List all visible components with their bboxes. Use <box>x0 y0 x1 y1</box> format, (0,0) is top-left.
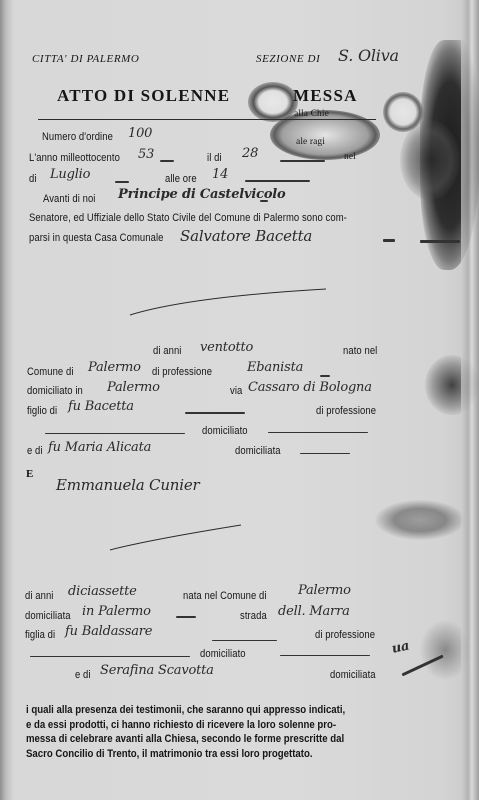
groom-comune-label: Comune di <box>27 366 74 378</box>
damage-right-hole <box>383 92 423 132</box>
document-page: CITTA' DI PALERMO SEZIONE DI S. Oliva AT… <box>0 0 479 800</box>
fill-dash <box>212 640 277 641</box>
bride-madre-value: Serafina Scavotta <box>100 663 214 678</box>
fill-dash <box>280 655 370 656</box>
bride-eta-value: diciassette <box>68 584 137 599</box>
groom-via-value: Cassaro di Bologna <box>248 380 372 395</box>
bride-madre-label: e di <box>75 669 91 681</box>
groom-padre-value: fu Bacetta <box>68 399 134 414</box>
giorno-label: il di <box>207 152 222 164</box>
bride-padre-professione-label: di professione <box>315 629 375 641</box>
bride-strada-label: strada <box>240 610 267 622</box>
fill-dash <box>280 160 325 162</box>
comparsi-label: parsi in questa Casa Comunale <box>29 232 163 244</box>
groom-madre-label: e di <box>27 445 43 457</box>
anno-label: L'anno milleottocento <box>29 152 120 164</box>
bride-and-label: E <box>26 468 33 480</box>
bride-domicilio-value: in Palermo <box>82 604 151 619</box>
bride-domicilio-label: domiciliata <box>25 610 71 622</box>
closing-paragraph: i quali alla presenza dei testimonii, ch… <box>26 703 386 761</box>
fill-dash <box>185 412 245 414</box>
fill-dash <box>420 240 460 243</box>
groom-comune-value: Palermo <box>88 360 141 375</box>
bride-padre-label: figlia di <box>25 629 55 641</box>
groom-professione-label: di professione <box>152 366 212 378</box>
bride-nata-value: Palermo <box>298 583 351 598</box>
groom-padre-label: figlio di <box>27 405 57 417</box>
fill-dash <box>300 453 350 454</box>
fill-dash <box>260 200 268 202</box>
ink-stain-top-right-2 <box>400 120 460 200</box>
bride-padre-value: fu Baldassare <box>65 624 152 639</box>
document-title-left: ATTO DI SOLENNE <box>57 86 230 106</box>
section-value: S. Oliva <box>338 46 399 65</box>
bride-padre-domicilio-label: domiciliato <box>200 648 246 660</box>
groom-padre-professione-label: di professione <box>316 405 376 417</box>
bride-name: Emmanuela Cunier <box>56 476 200 494</box>
bride-madre-domicilio-label: domiciliata <box>330 669 376 681</box>
damage-right-lower <box>375 500 465 540</box>
numero-value: 100 <box>128 126 152 141</box>
groom-madre-value: fu Maria Alicata <box>48 440 151 455</box>
blank-flourish-line <box>108 522 243 552</box>
fill-dash <box>268 432 368 433</box>
groom-madre-domicilio-label: domiciliata <box>235 445 281 457</box>
fill-dash <box>383 239 395 242</box>
anno-value: 53 <box>138 147 154 162</box>
numero-label: Numero d'ordine <box>42 131 113 143</box>
bride-eta-label: di anni <box>25 590 53 602</box>
fill-dash <box>30 656 190 657</box>
ore-value: 14 <box>212 167 228 182</box>
groom-domicilio-label: domiciliato in <box>27 385 83 397</box>
bride-nata-label: nata nel Comune di <box>183 590 267 602</box>
groom-padre-domicilio-label: domiciliato <box>202 425 248 437</box>
paragraph-line: Sacro Concilio di Trento, il matrimonio … <box>26 747 336 762</box>
mese-label: di <box>29 173 37 185</box>
title-underline <box>38 119 376 120</box>
fill-dash <box>245 180 310 182</box>
fill-dash <box>320 375 330 377</box>
paragraph-line: e da essi prodotti, ci hanno richiesto d… <box>26 718 336 733</box>
mese-value: Luglio <box>50 167 90 182</box>
fill-dash <box>176 616 196 618</box>
giorno-value: 28 <box>242 146 258 161</box>
groom-professione-value: Ebanista <box>247 360 303 375</box>
paragraph-line: i quali alla presenza dei testimonii, ch… <box>26 703 336 718</box>
groom-eta-value: ventotto <box>200 340 253 355</box>
margin-note: ua <box>390 639 410 657</box>
blank-flourish-line <box>128 285 328 320</box>
groom-name: Salvatore Bacetta <box>180 227 312 245</box>
fill-dash <box>45 433 185 434</box>
page-right-edge <box>461 0 479 800</box>
document-title-right: MESSA <box>293 86 358 106</box>
groom-nato-label: nato nel <box>343 345 377 357</box>
damaged-text-fragment: nel <box>344 152 356 162</box>
fill-dash <box>115 181 129 183</box>
senatore-text: Senatore, ed Uffiziale dello Stato Civil… <box>29 212 347 224</box>
groom-via-label: via <box>230 385 242 397</box>
avanti-label: Avanti di noi <box>43 193 95 205</box>
city-label: CITTA' DI PALERMO <box>32 53 139 65</box>
damaged-text-fragment: ale ragi <box>296 137 325 147</box>
damaged-text-fragment: alla Chie <box>294 109 329 119</box>
bride-strada-value: dell. Marra <box>278 604 350 619</box>
groom-eta-label: di anni <box>153 345 181 357</box>
section-label: SEZIONE DI <box>256 53 320 65</box>
paragraph-line: messa di celebrare avanti alla Chiesa, s… <box>26 732 336 747</box>
ore-label: alle ore <box>165 173 197 185</box>
groom-domicilio-value: Palermo <box>107 380 160 395</box>
fill-dash <box>160 160 174 162</box>
